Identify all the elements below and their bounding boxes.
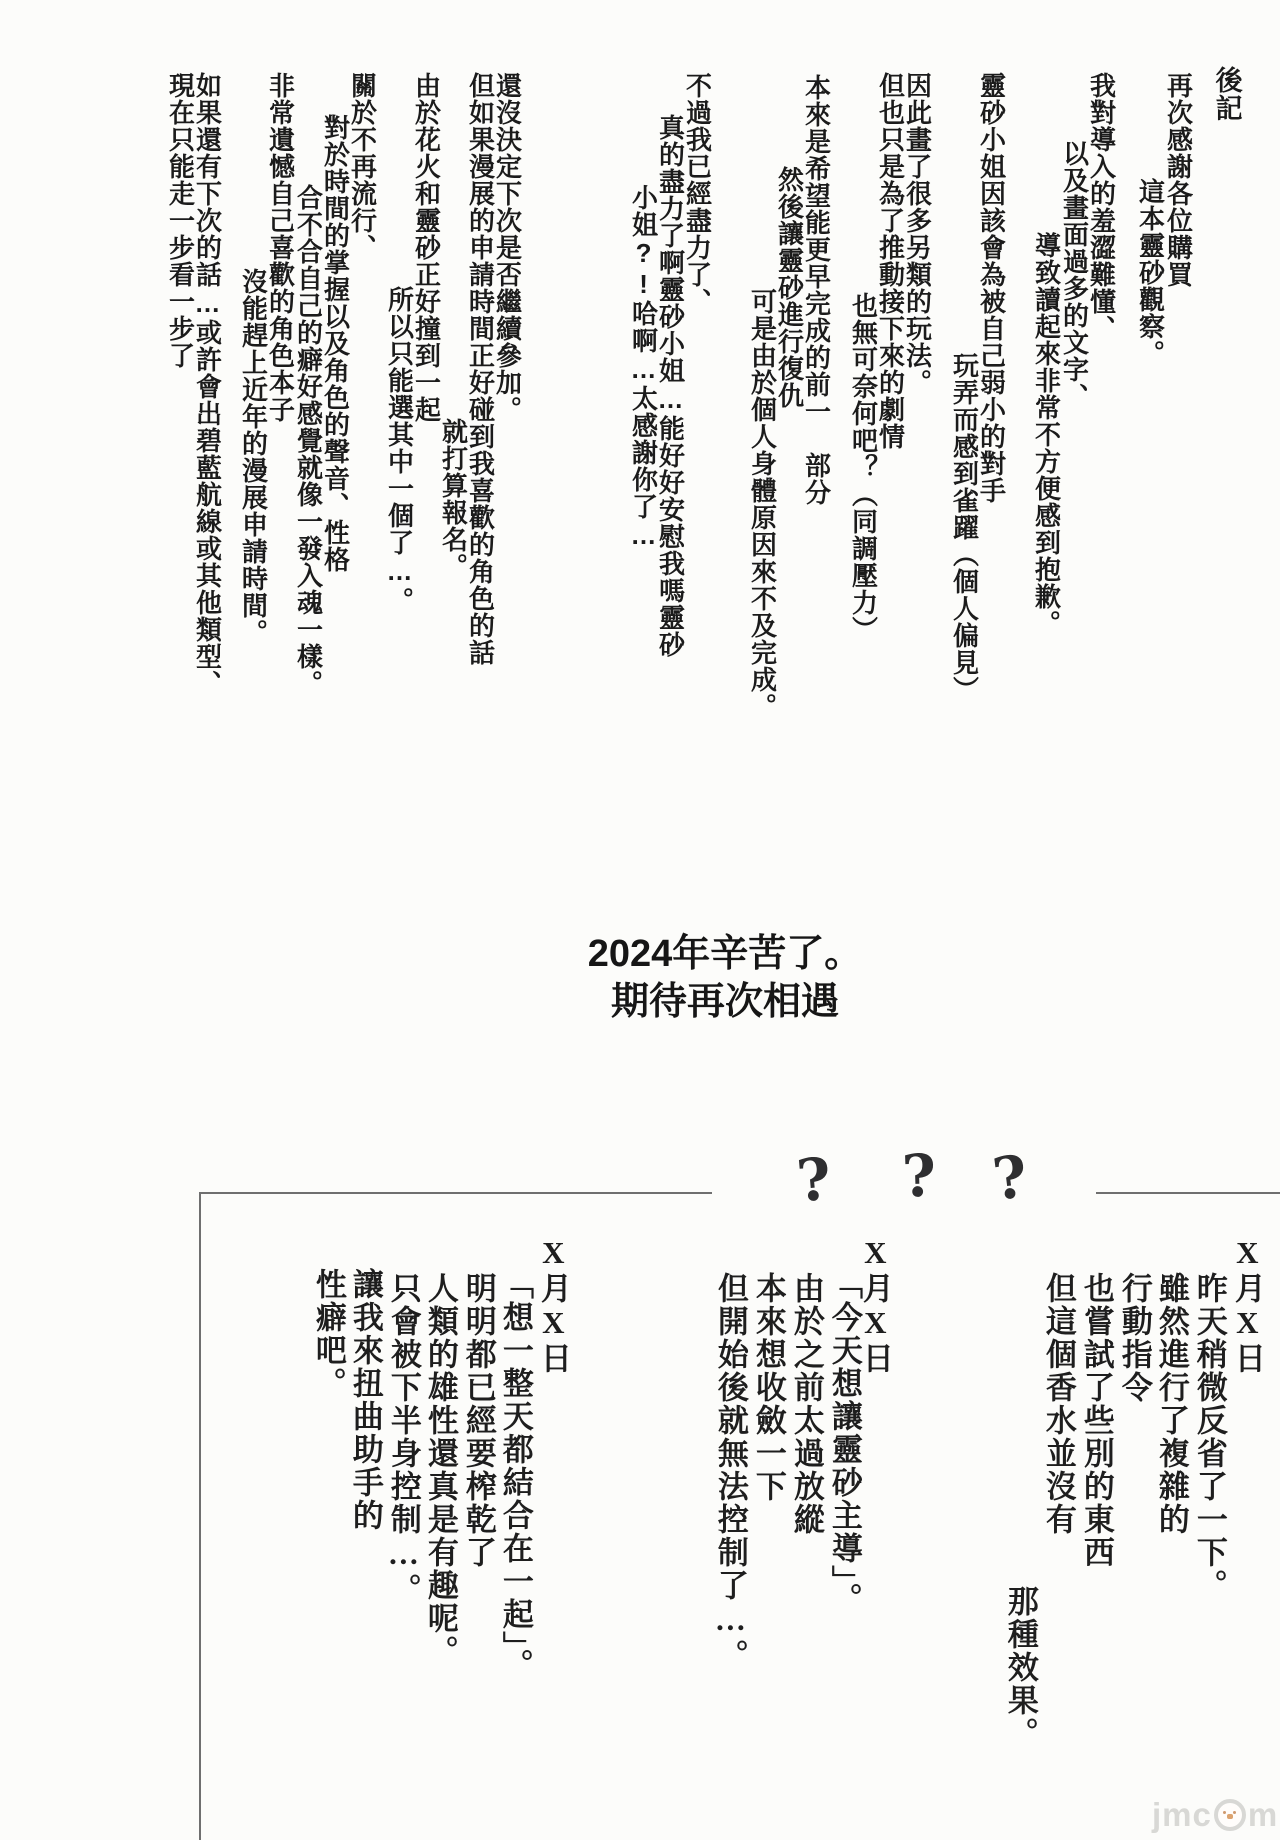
watermark-text-right: mic	[1248, 1796, 1280, 1834]
afterword-column: 但也只是為了推動接下來的劇情	[876, 72, 904, 450]
afterword-column: 靈砂小姐因該會為被自己弱小的對手	[977, 72, 1005, 504]
chick-face-icon	[1214, 1799, 1246, 1831]
watermark: jmc mic	[1152, 1796, 1280, 1834]
afterword-column: 再次感謝各位購買	[1164, 72, 1192, 288]
afterword-column: 關於不再流行、	[348, 72, 376, 261]
diary-column: 「想一整天都結合在一起」。	[498, 1268, 531, 1682]
afterword-column: 所以只能選其中一個了…。	[385, 286, 413, 614]
diary-column: 但這個香水並沒有	[1041, 1272, 1074, 1536]
afterword-column: 就打算報名。	[439, 418, 467, 580]
afterword-column: 本來是希望能更早完成的前一 部分	[802, 74, 830, 506]
afterword-column: 對於時間的掌握以及角色的聲音、性格	[321, 114, 349, 573]
question-mark-icon: ?	[901, 1141, 937, 1210]
diary-column: 行動指令	[1117, 1272, 1150, 1404]
diary-date-heading: X月X日	[1230, 1235, 1263, 1375]
diary-date-heading: X月X日	[858, 1235, 891, 1375]
diary-column: 讓我來扭曲助手的	[348, 1268, 381, 1532]
afterword-column: 但如果漫展的申請時間正好碰到我喜歡的角色的話	[466, 72, 494, 666]
afterword-column: 現在只能走一步看一步了	[166, 72, 194, 369]
diary-column: 那種效果。	[1003, 1585, 1036, 1750]
afterword-column: 因此畫了很多另類的玩法。	[903, 72, 931, 396]
panel-top-border-right	[1096, 1192, 1280, 1194]
afterword-column: 合不合自己的癖好感覺就像一發入魂一樣。	[294, 184, 322, 697]
afterword-title: 後記	[1212, 66, 1241, 122]
year-message: 2024年辛苦了。 期待再次相遇	[495, 930, 955, 1026]
diary-column: 明明都已經要榨乾了	[461, 1272, 494, 1569]
diary-column: 也嘗試了些別的東西	[1079, 1272, 1112, 1569]
year-message-line1: 2024年辛苦了。	[495, 930, 955, 978]
diary-column: 「今天想讓靈砂主導」。	[827, 1268, 860, 1616]
question-mark-icon: ?	[794, 1145, 834, 1216]
watermark-text-left: jmc	[1152, 1796, 1212, 1834]
afterword-column: 沒能趕上近年的漫展申請時間。	[239, 268, 267, 646]
diary-date-heading: X月X日	[536, 1235, 569, 1375]
diary-column: 昨天稍微反省了一下。	[1192, 1272, 1225, 1602]
afterword-column: 也無可奈何吧？（同調壓力）	[849, 292, 877, 643]
diary-column: 本來想收斂一下	[751, 1272, 784, 1503]
diary-column: 人類的雄性還真是有趣呢。	[423, 1272, 456, 1668]
afterword-column: 不過我已經盡力了、	[683, 72, 711, 315]
afterword-column: 如果還有下次的話…或許會出碧藍航線或其他類型、	[193, 72, 221, 697]
afterword-column: 導致讀起來非常不方便感到抱歉。	[1032, 232, 1060, 637]
afterword-column: 我對導入的羞澀難懂、	[1087, 72, 1115, 342]
afterword-column: 以及畫面過多的文字、	[1060, 140, 1088, 410]
diary-column: 只會被下半身控制…。	[386, 1272, 419, 1606]
panel-top-border-left	[200, 1192, 712, 1194]
afterword-column: 還沒決定下次是否繼續參加。	[493, 72, 521, 423]
diary-column: 性癖吧。	[311, 1268, 344, 1400]
diary-column: 但開始後就無法控制了…。	[713, 1272, 746, 1672]
afterword-column: 真的盡力了啊靈砂小姐…能好好安慰我嗎靈砂	[656, 114, 684, 658]
diary-column: 雖然進行了複雜的	[1154, 1272, 1187, 1536]
diary-column: 由於之前太過放縱	[789, 1272, 822, 1536]
afterword-column: 玩弄而感到雀躍（個人偏見）	[950, 352, 978, 703]
question-mark-icon: ?	[989, 1142, 1031, 1214]
afterword-column: 可是由於個人身體原因來不及完成。	[748, 288, 776, 720]
afterword-column: 非常遺憾自己喜歡的角色本子	[266, 72, 294, 423]
panel-left-border	[199, 1192, 201, 1840]
afterword-column: 由於花火和靈砂正好撞到一起	[412, 72, 440, 423]
afterword-column: 這本靈砂觀察。	[1136, 178, 1164, 367]
afterword-column: 小姐?!哈啊…太感謝你了…	[629, 184, 657, 551]
afterword-column: 然後讓靈砂進行復仇	[775, 166, 803, 409]
year-message-line2: 期待再次相遇	[495, 978, 955, 1026]
